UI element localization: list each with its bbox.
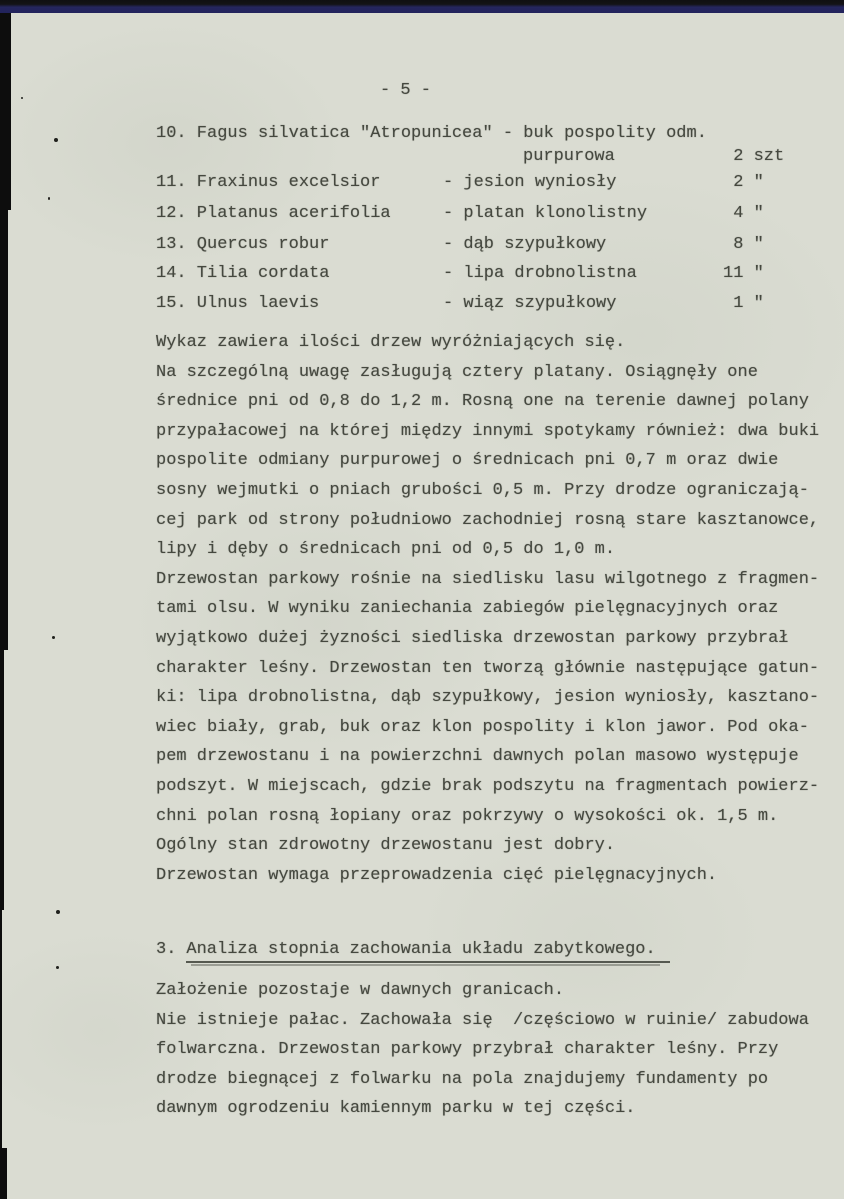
tree-row-latin: 15. Ulnus laevis bbox=[156, 294, 319, 314]
tree-row-polish: - jesion wyniosły bbox=[443, 173, 616, 193]
ink-speck bbox=[56, 966, 59, 969]
tree-row-10-polish-cont: purpurowa bbox=[523, 147, 615, 167]
tree-row-qty: 1 " bbox=[723, 294, 764, 314]
tree-row-polish: - wiąz szypułkowy bbox=[443, 294, 616, 314]
tree-row-polish: - platan klonolistny bbox=[443, 204, 647, 224]
tree-row-10-qty: 2 szt bbox=[723, 147, 784, 167]
left-scan-edge bbox=[0, 650, 4, 910]
paragraph-analysis: Założenie pozostaje w dawnych granicach.… bbox=[156, 976, 844, 1124]
tree-row-qty: 2 " bbox=[723, 173, 764, 193]
tree-row-latin: 14. Tilia cordata bbox=[156, 264, 329, 284]
left-scan-edge bbox=[0, 0, 11, 210]
section-number: 3. bbox=[156, 940, 176, 959]
ink-speck bbox=[56, 910, 60, 914]
ink-speck bbox=[54, 138, 58, 142]
ink-speck bbox=[21, 97, 23, 99]
tree-row-qty: 11 " bbox=[723, 264, 764, 284]
bottom-scan-bar bbox=[0, 0, 844, 13]
ink-speck bbox=[52, 636, 55, 639]
left-scan-edge bbox=[0, 210, 8, 650]
tree-row-polish: - dąb szypułkowy bbox=[443, 235, 606, 255]
tree-row-10-line1: 10. Fagus silvatica "Atropunicea" - buk … bbox=[156, 124, 707, 144]
section-heading: 3.Analiza stopnia zachowania układu zaby… bbox=[156, 940, 670, 963]
tree-row-qty: 4 " bbox=[723, 204, 764, 224]
paragraph-tree-description: Wykaz zawiera ilości drzew wyróżniającyc… bbox=[156, 328, 844, 890]
tree-row-latin: 13. Quercus robur bbox=[156, 235, 329, 255]
tree-row-qty: 8 " bbox=[723, 235, 764, 255]
left-scan-edge bbox=[0, 1148, 7, 1199]
left-scan-edge bbox=[0, 910, 2, 1148]
scanned-document-page: - 5 - 10. Fagus silvatica "Atropunicea" … bbox=[0, 0, 844, 1199]
page-number: - 5 - bbox=[380, 81, 431, 101]
section-title: Analiza stopnia zachowania układu zabytk… bbox=[186, 940, 669, 963]
tree-row-latin: 11. Fraxinus excelsior bbox=[156, 173, 380, 193]
tree-row-latin: 12. Platanus acerifolia bbox=[156, 204, 391, 224]
tree-row-polish: - lipa drobnolistna bbox=[443, 264, 637, 284]
ink-speck bbox=[48, 197, 50, 200]
